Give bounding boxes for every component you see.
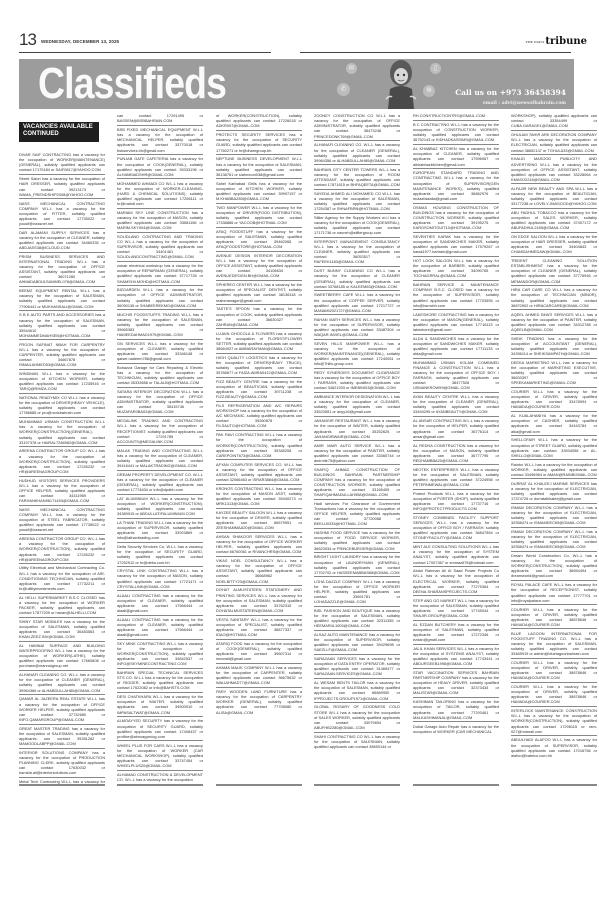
classified-ad: DAR ALAMANI SUPPLY SERVICES has a vacanc…: [19, 229, 105, 253]
classified-ad: SEVEN HILLS MANPOWER W.L.L has a vacancy…: [314, 340, 400, 369]
classified-ad: BISL FASHION AND BOUTIQUE has a vacancy …: [314, 607, 400, 631]
classified-ad: AL REDHA CONSTRUCTION has a vacancy for …: [413, 441, 499, 465]
classified-ad: DOHAT ALMUSTATEEN STATIONERY AND PRINTIN…: [216, 586, 302, 615]
classified-ad: BAHRAIN SERVICE & MAINTENANCE COMPANY B.…: [413, 281, 499, 310]
classified-ad: Hadi services For Clearance of Governmen…: [314, 500, 400, 529]
classified-ad: PUNJAB GATE CAFETERIA has a vacancy for …: [117, 155, 203, 179]
classified-ad: SAYEDA AHMED ALI MOHAMED CO W.L.L has a …: [314, 190, 400, 214]
classified-ad: MALAK TRADING AND CONTRACTING W.L.L has …: [117, 446, 203, 470]
classified-ad: Delta Security Services Co. W.L.L has a …: [117, 543, 203, 567]
classified-ad: SWEETBERRY CAFE W.L.L has a vacancy for …: [314, 291, 400, 315]
ad-column-2: can contact 17291495 or BASSEM@BSBBAHRAI…: [117, 112, 203, 784]
classified-ad: HIRA CAR CARE CO W.L.L has a vacancy for…: [511, 286, 597, 310]
classified-ad: INTERIOR SOLUTIONS COMPANY has a vacancy…: [19, 749, 105, 778]
classified-ad: ZOONEY CONSTRUCTION CO W.L.L has a vacan…: [314, 112, 400, 141]
section-heading: VACANCIES AVAILABLE CONTINUED: [19, 122, 99, 142]
classified-ad: of WORKER(CONSTRUCTION), suitably qualif…: [216, 112, 302, 131]
classified-ad: BEEMZ EQUIPMENT RENTAL W.L.L has a vacan…: [19, 287, 105, 311]
classified-ad: QAMAR AL JAZEERA REAL ESTATE W.L.L has a…: [19, 695, 105, 724]
classified-ad: MUHAMMAD USMAN CONSTRUCTION W.L.L has a …: [19, 418, 105, 447]
classified-ad: KAYZEE BEAUTY SALOON W.L.L has a vacancy…: [216, 509, 302, 533]
ad-column-1: DIVAR SAIF CONTRACTING has a vacancy for…: [19, 151, 105, 784]
header-rule-right: [300, 52, 571, 53]
classified-ad: ABDULHADI ALAFOO W.L.L has a vacancy for…: [511, 736, 597, 759]
classified-ad: MOHAMMED AHMADI CO W.L.L has a vacancy f…: [117, 179, 203, 208]
classified-ad: BLUE LAGOON INTERNATIONAL FOR FOODSTUFF …: [511, 629, 597, 658]
classified-ad: NEPTUNE BUSINESS DEVELOPMENT W.L.L has a…: [216, 155, 302, 179]
classified-ad: AVENUE DESIGN INTERIOR DECORATION W.L.L …: [216, 252, 302, 281]
classified-ad: RAHAN MATH SERVICES W.L.L has a vacancy …: [314, 315, 400, 339]
classified-ad: AREENA CONTRACTOR GROUP CO. W.L.L has a …: [19, 447, 105, 476]
classified-ad: AREENA CONTRACTOR GROUP CO. W.L.L has a …: [19, 535, 105, 564]
column-end-rule: [511, 784, 597, 786]
classified-ad: STEP AND GO MARKET W.L.L has a vacancy f…: [413, 596, 499, 620]
ad-column-5: RH.CONSTRUCTIONTRS@GMAIL.COMB C CONTRACT…: [413, 112, 499, 784]
classified-ad: GLOBAL ROSARY OF GOODNESS COLD STORE W.L…: [314, 703, 400, 732]
column-end-rule: [314, 784, 400, 786]
ad-column-6: WORKSHOP), suitably qualified applicants…: [511, 112, 597, 784]
classified-ad: WINDMAN W.L.L has a vacancy for the occu…: [19, 370, 105, 394]
classified-ad: AFYAN COMPUTER SERVICES CO. W.L.L has a …: [216, 460, 302, 484]
classified-ad: BSB FIXED MECHANICAL EQUIPMENT W.L.L has…: [117, 126, 203, 155]
classified-ad: FILS REFRIGERATION AND A/C REPAIRS WORKS…: [216, 402, 302, 431]
classified-ad: MARIAM SKY LINE CONSTRUCTION has a vacan…: [117, 209, 203, 233]
classified-ad: HUDHUD VISITORS SERVICES PROVIDERS W.L.L…: [19, 477, 105, 506]
classified-ad: VESTA SANITARY W.L.L has a vacancy for t…: [216, 616, 302, 640]
classified-ad: DREAM PROPERTY DEVELOPMENT CO. W.L.L has…: [117, 471, 203, 495]
classified-ad: AL KHABBAZ KITCHEN has a vacancy for the…: [413, 145, 499, 169]
classified-ad: AYAN BEAUTY CENTRE W.L.L has a vacancy f…: [413, 393, 499, 417]
classified-ad: S B K AUTO PARTS AND ACCESSORIES has a v…: [19, 311, 105, 340]
classified-ad: BAHRAIN SPECIAL TECHNICAL SERVICES STS C…: [117, 669, 203, 693]
classified-ad: ALFAJIR NEW BEAUTY AND SPA W.L.L has a v…: [511, 184, 597, 208]
classified-ad: zubair electrical workshop has a vacancy…: [117, 262, 203, 286]
classified-ad: AL ANSAR CONTRACTING W.L.L has a vacancy…: [413, 417, 499, 441]
classified-ad: VIKAS NOEL CONSULTANCY W.L.L has a vacan…: [216, 557, 302, 586]
classified-ad: Abdul Rahman Ali Al Saad Power Projects …: [413, 567, 499, 596]
classified-ad: REDY SYNERGIES DOCUMENT CLEARANCE has a …: [314, 369, 400, 393]
classified-ad: SHINY STAR MOBILES has a vacancy for the…: [19, 618, 105, 642]
classified-ad: SEVENTIES KARAK has a vacancy for the oc…: [413, 233, 499, 257]
classified-ad: PARY WOODEN LAND FURNITURE has a vacancy…: [216, 688, 302, 716]
classified-ad: COURIER W.L.L has a vacancy for the occu…: [511, 659, 597, 683]
classified-ad: NASS MECHANICAL CONTRACTING COMPANY W.L.…: [19, 199, 105, 228]
classified-ad: Street Salon has a vacancy for the occup…: [19, 175, 105, 199]
classified-ad: WHEEL PLUS FOR CARS W.L.L has a vacancy …: [117, 741, 203, 770]
classified-ad: LOHA DAZZLE COMPANY W.L.L has a vacancy …: [314, 577, 400, 606]
classified-ad: ALMOAYYED SECURITY has a vacancy for the…: [117, 717, 203, 741]
classified-ad: BIZGARDEN W.L.L has a vacancy for the oc…: [117, 286, 203, 310]
phone-icon: ✆: [337, 83, 350, 96]
classified-ad: SOLIDLAND CONTRACTING AND TRADING CO W.L…: [117, 233, 203, 262]
classified-ad: AL KUALAHANIYA has a vacancy for the occ…: [511, 412, 597, 436]
classified-ad: PROTECTS SECURITY SERVICES has a vacancy…: [216, 131, 302, 155]
classified-ad: AMBIANCE INTERIOR DESIGNATION W.L.L has …: [314, 393, 400, 417]
classified-ad: TRIDENT CLEANING SOLUTION ESTABLISHMENT …: [511, 257, 597, 286]
classified-ad: SATARA INTERIOR DECORATION W.L.L has a v…: [117, 388, 203, 417]
globe-icon: ⊕: [423, 85, 435, 97]
classified-ad: Sahel Karbabad Grills has a vacancy for …: [216, 179, 302, 203]
classified-ad: RH.CONSTRUCTIONTRS@GMAIL.COM: [413, 112, 499, 121]
classified-ad: Protect Products W.L.L has a vacancy for…: [413, 490, 499, 514]
classified-ad: Dream World Construction Co. W.L.L has a…: [511, 552, 597, 581]
classified-ad: PAK RAVI CONTRACTING W.L.L has a vacancy…: [216, 431, 302, 460]
classified-ad: B C CONTRACTING W.L.L has a vacancy for …: [413, 121, 499, 145]
classified-ad: MUHAMMAD USMAN KOLAM COMBINED FINANCE & …: [413, 359, 499, 393]
column-end-rule: [117, 784, 203, 786]
classified-ad: GREAT MASTER TRADING has a vacancy for t…: [19, 725, 105, 749]
classified-ad: GHULAM TAHIR ARK DECORATION COMPANY W.L.…: [511, 131, 597, 155]
classified-ad: AHSAN SHAKOOR SERVICES W.L.L has a vacan…: [216, 533, 302, 557]
classified-ad: NEOTEK ENTERPRISES W.L.L has a vacancy f…: [413, 465, 499, 489]
classified-ad: HASHMI FOOD SERVICE has a vacancy for th…: [314, 529, 400, 553]
classified-ad: SKY MINE CONTRACTING W.L.L has a vacancy…: [117, 640, 203, 669]
contact-email: email : advt@newsofbahrain.com: [483, 101, 566, 106]
classified-ad: Utility Electrical and Mechanical Contra…: [19, 564, 105, 593]
classified-ad: MEGALINK TRADING AND CONTRACTING W.L.L h…: [117, 417, 203, 446]
classified-ad: AMIR MAIR AUTO SERVICE W.L.L has a vacan…: [314, 441, 400, 465]
classified-ad: MINT ALE CONSULTING SOLUTIONS W.L.L has …: [413, 543, 499, 567]
classified-ad: AFAQ FOODSTUFF has a vacancy for the occ…: [216, 228, 302, 252]
classified-ad: OSMAS HOUSING CONSTRUCTION OF BUILDINGS …: [413, 204, 499, 233]
classified-ad: Stiller Agency for the Supply Workers w.…: [314, 214, 400, 238]
classified-ad: COURIER W.L.L has a vacancy for the occu…: [511, 388, 597, 412]
classified-ad: STONEY COMBINED FACILITY SUPPORT SERVICE…: [413, 514, 499, 543]
classified-ad: AL EZDAN BUTCHERY has a vacancy for the …: [413, 621, 499, 645]
issue-date: WEDNESDAY, DECEMBER 13, 2025: [41, 39, 119, 44]
classified-ad: ALHAMAD CONSTRUCTION & DEVELOPMENT CO. W…: [117, 771, 203, 784]
classifieds-banner: Classifieds ✉ ✆ ▯ ⊕ Call us on +973 3645…: [19, 59, 574, 109]
classified-ad: ALDA & SANDWICHES has a vacancy for the …: [413, 335, 499, 359]
classified-ad: AL HAMNAI SURFACE AND BUILDING WATERPROO…: [19, 642, 105, 671]
ad-column-4: ZOONEY CONSTRUCTION CO W.L.L has a vacan…: [314, 112, 400, 784]
classified-ad: ON EDGE SALOON W.L.L has a vacancy for t…: [511, 233, 597, 257]
classified-ad: Rainbo W.L.L has a vacancy for the occup…: [511, 460, 597, 479]
call-us-phone: Call us on +973 36458394: [455, 88, 566, 97]
classified-ad: DEEKA MARKETING W.L.L has a vacancy for …: [511, 359, 597, 388]
classified-ad: KHALID MASOOD PUBLICITY AND ADVERTISING …: [511, 155, 597, 184]
classified-ad: SHELLOFAIR W.L.L has a vacancy for the o…: [511, 436, 597, 460]
classified-ad: HIGH QUALITY LOGISTICS has a vacancy for…: [216, 354, 302, 378]
classified-ad: TWO MANPOWER W.L.L has a vacancy for the…: [216, 204, 302, 228]
logo-text: tribune: [545, 36, 587, 47]
classified-ad: BAHRAIN CITY CENTER TOWERS W.L.L has a v…: [314, 165, 400, 189]
classified-ad: TASTE'S SPOON has a vacancy for the occu…: [216, 305, 302, 329]
ad-column-3: of WORKER(CONSTRUCTION), suitably qualif…: [216, 112, 302, 784]
classified-ad: AL HELLI SUPERMARKET B.S.C CLOSED has a …: [19, 594, 105, 618]
classified-ad: FIZZ BEAUTY CENTRE has a vacancy for the…: [216, 378, 302, 402]
classified-ad: WORKSHOP), suitably qualified applicants…: [511, 112, 597, 131]
classified-ad: PRISM BUSINESS SERVICES AND INTERNATIONA…: [19, 253, 105, 287]
classified-ad: ISMAM DECORATION COMPANY W.L.L has a vac…: [511, 528, 597, 552]
mascot-illustration: [382, 59, 420, 109]
classified-ad: COURIER W.L.L has a vacancy for the occu…: [511, 605, 597, 629]
classified-ad: ATARIQ FOOD has a vacancy for the occupa…: [216, 640, 302, 664]
classified-ad: INTERLOCK MAINTENANCE CONSTRUCTION W.L.L…: [511, 707, 597, 736]
classified-ad: ALAALI CONTRACTING has a vacancy for the…: [117, 591, 203, 615]
header-left: 13 WEDNESDAY, DECEMBER 13, 2025: [19, 30, 271, 52]
classified-ad: LAT ALUMINIUM W.L.L has a vacancy for th…: [117, 495, 203, 519]
classified-ad: GN SERVICES W.L.L has a vacancy for the …: [117, 340, 203, 364]
mobile-icon: ▯: [430, 63, 441, 74]
column-end-rule: [216, 784, 302, 786]
classified-ad: BRIGHT LIGHT LAUNDRY has a vacancy for t…: [314, 553, 400, 577]
classified-ad: CRYSTAL LINK CONTRACTING W.L.L has a vac…: [117, 567, 203, 591]
classified-ad: LA THANI TRADING W.L.L has a vacancy for…: [117, 519, 203, 543]
mail-icon: ✉: [346, 63, 357, 74]
classified-ad: LAKESHORE CONTRACTING has a vacancy for …: [413, 310, 499, 334]
classified-ad: SHEIK TRADING has a vacancy for the occu…: [511, 335, 597, 359]
classified-ad: HOT LOOK SALOON W.L.L has a vacancy for …: [413, 257, 499, 281]
classified-ad: NASS MECHANICAL CONTRACTING COMPANY W.L.…: [19, 506, 105, 535]
classified-ad: KRONOS CONTRACTING W.L.L has a vacancy f…: [216, 485, 302, 509]
column-end-rule: [413, 784, 499, 786]
tribune-logo: THE DAILYtribune: [526, 36, 587, 47]
classified-ad: EUROPEAN STANDARD TRADING AND CONTRACTIN…: [413, 169, 499, 203]
classified-ad: Bohazza Garage for Cars Repairing & Elec…: [117, 364, 203, 388]
classified-ad: ALHANAFI CLEANING CO. W.L.L has a vacanc…: [314, 141, 400, 165]
classified-ad: DIVAR SAIF CONTRACTING has a vacancy for…: [19, 151, 105, 175]
classified-ad: SHAHI CONTRACTING CO W.L.L has a vacancy…: [314, 733, 400, 751]
classified-ad: FROON SAFINAT NBAH FOR CARPENTRY W.L.L h…: [19, 340, 105, 369]
banner-title: Classifieds: [38, 59, 226, 109]
classified-ad: AL WESAM BENTS TAILOR has a vacancy for …: [314, 679, 400, 703]
column-end-rule: [19, 784, 105, 786]
classified-ad: ISMAM DECORATION COMPANY W.L.L has a vac…: [511, 504, 597, 528]
classified-ad: ALSAZ AUTO MAINTENANCE has a vacancy for…: [314, 631, 400, 655]
classified-ad: JAHANGIR RESTAURANT W.L.L has a vacancy …: [314, 417, 400, 441]
classified-ad: COURIER W.L.L has a vacancy for the occu…: [511, 683, 597, 707]
logo-prefix: THE DAILY: [526, 40, 545, 44]
classified-ad: AHAMA MALIK COMPANY W.L.L has a vacancy …: [216, 664, 302, 688]
classified-ad: SARAZAAN SERVICES has a vacancy for the …: [314, 655, 400, 679]
classified-ad: Dubai Garage Auto Repair has a vacancy f…: [413, 722, 499, 735]
classified-ad: JALIL KHAN SERVICES W.L.L has a vacancy …: [413, 645, 499, 669]
classified-ad: ABU FADHUL TOBACCO has a vacancy for the…: [511, 209, 597, 233]
header-rule-left: [19, 52, 271, 53]
classified-ad: MUCHIS FOODSTUFFS TRADING W.L.L has a va…: [117, 310, 203, 339]
classified-ad: STAR VACCINATION SERVICES BAHRAIN PARTNE…: [413, 669, 499, 698]
page-number: 13: [19, 30, 36, 50]
classified-ad: SHAFIQ AHMAD CONSTRUCTION OF BUILDINGS B…: [314, 465, 400, 499]
classified-ad: ALHANAFI CLEANING CO. W.L.L has a vacanc…: [19, 671, 105, 695]
classified-ad: LUJAIN GHOCOLA & FLOWERS has a vacancy f…: [216, 329, 302, 353]
classified-ad: KASHIMAN TAILORING has a vacancy for the…: [413, 698, 499, 722]
classified-ad: DESI CHATKHARA W.L.L has a vacancy for t…: [117, 693, 203, 717]
classified-ad: DURRAT AL KHALEEJ MARINE SERVICES has a …: [511, 479, 597, 503]
classified-ad: SPHEREO CENTER W.L.L has a vacancy for t…: [216, 281, 302, 305]
classified-ad: NATIONAL READYMIX CO W.L.L has a vacancy…: [19, 394, 105, 418]
classified-ad: ROYAL PALACE CAFE W.L.L has a vacancy fo…: [511, 581, 597, 605]
classified-ad: can contact 17291495 or BASSEM@BSBBAHRAI…: [117, 112, 203, 126]
classified-ad: DUST BUNNY CLEANING CO W.L.L has a vacan…: [314, 267, 400, 291]
classified-ad: INTERPOINT MANAGEMENT CONSULTANCY W.L.L …: [314, 238, 400, 267]
classified-ad: ALAALI CONTRACTING has a vacancy for the…: [117, 616, 203, 640]
classified-ad: AQEEL AHMED BHATI SERVICES W.L.L has a v…: [511, 310, 597, 334]
